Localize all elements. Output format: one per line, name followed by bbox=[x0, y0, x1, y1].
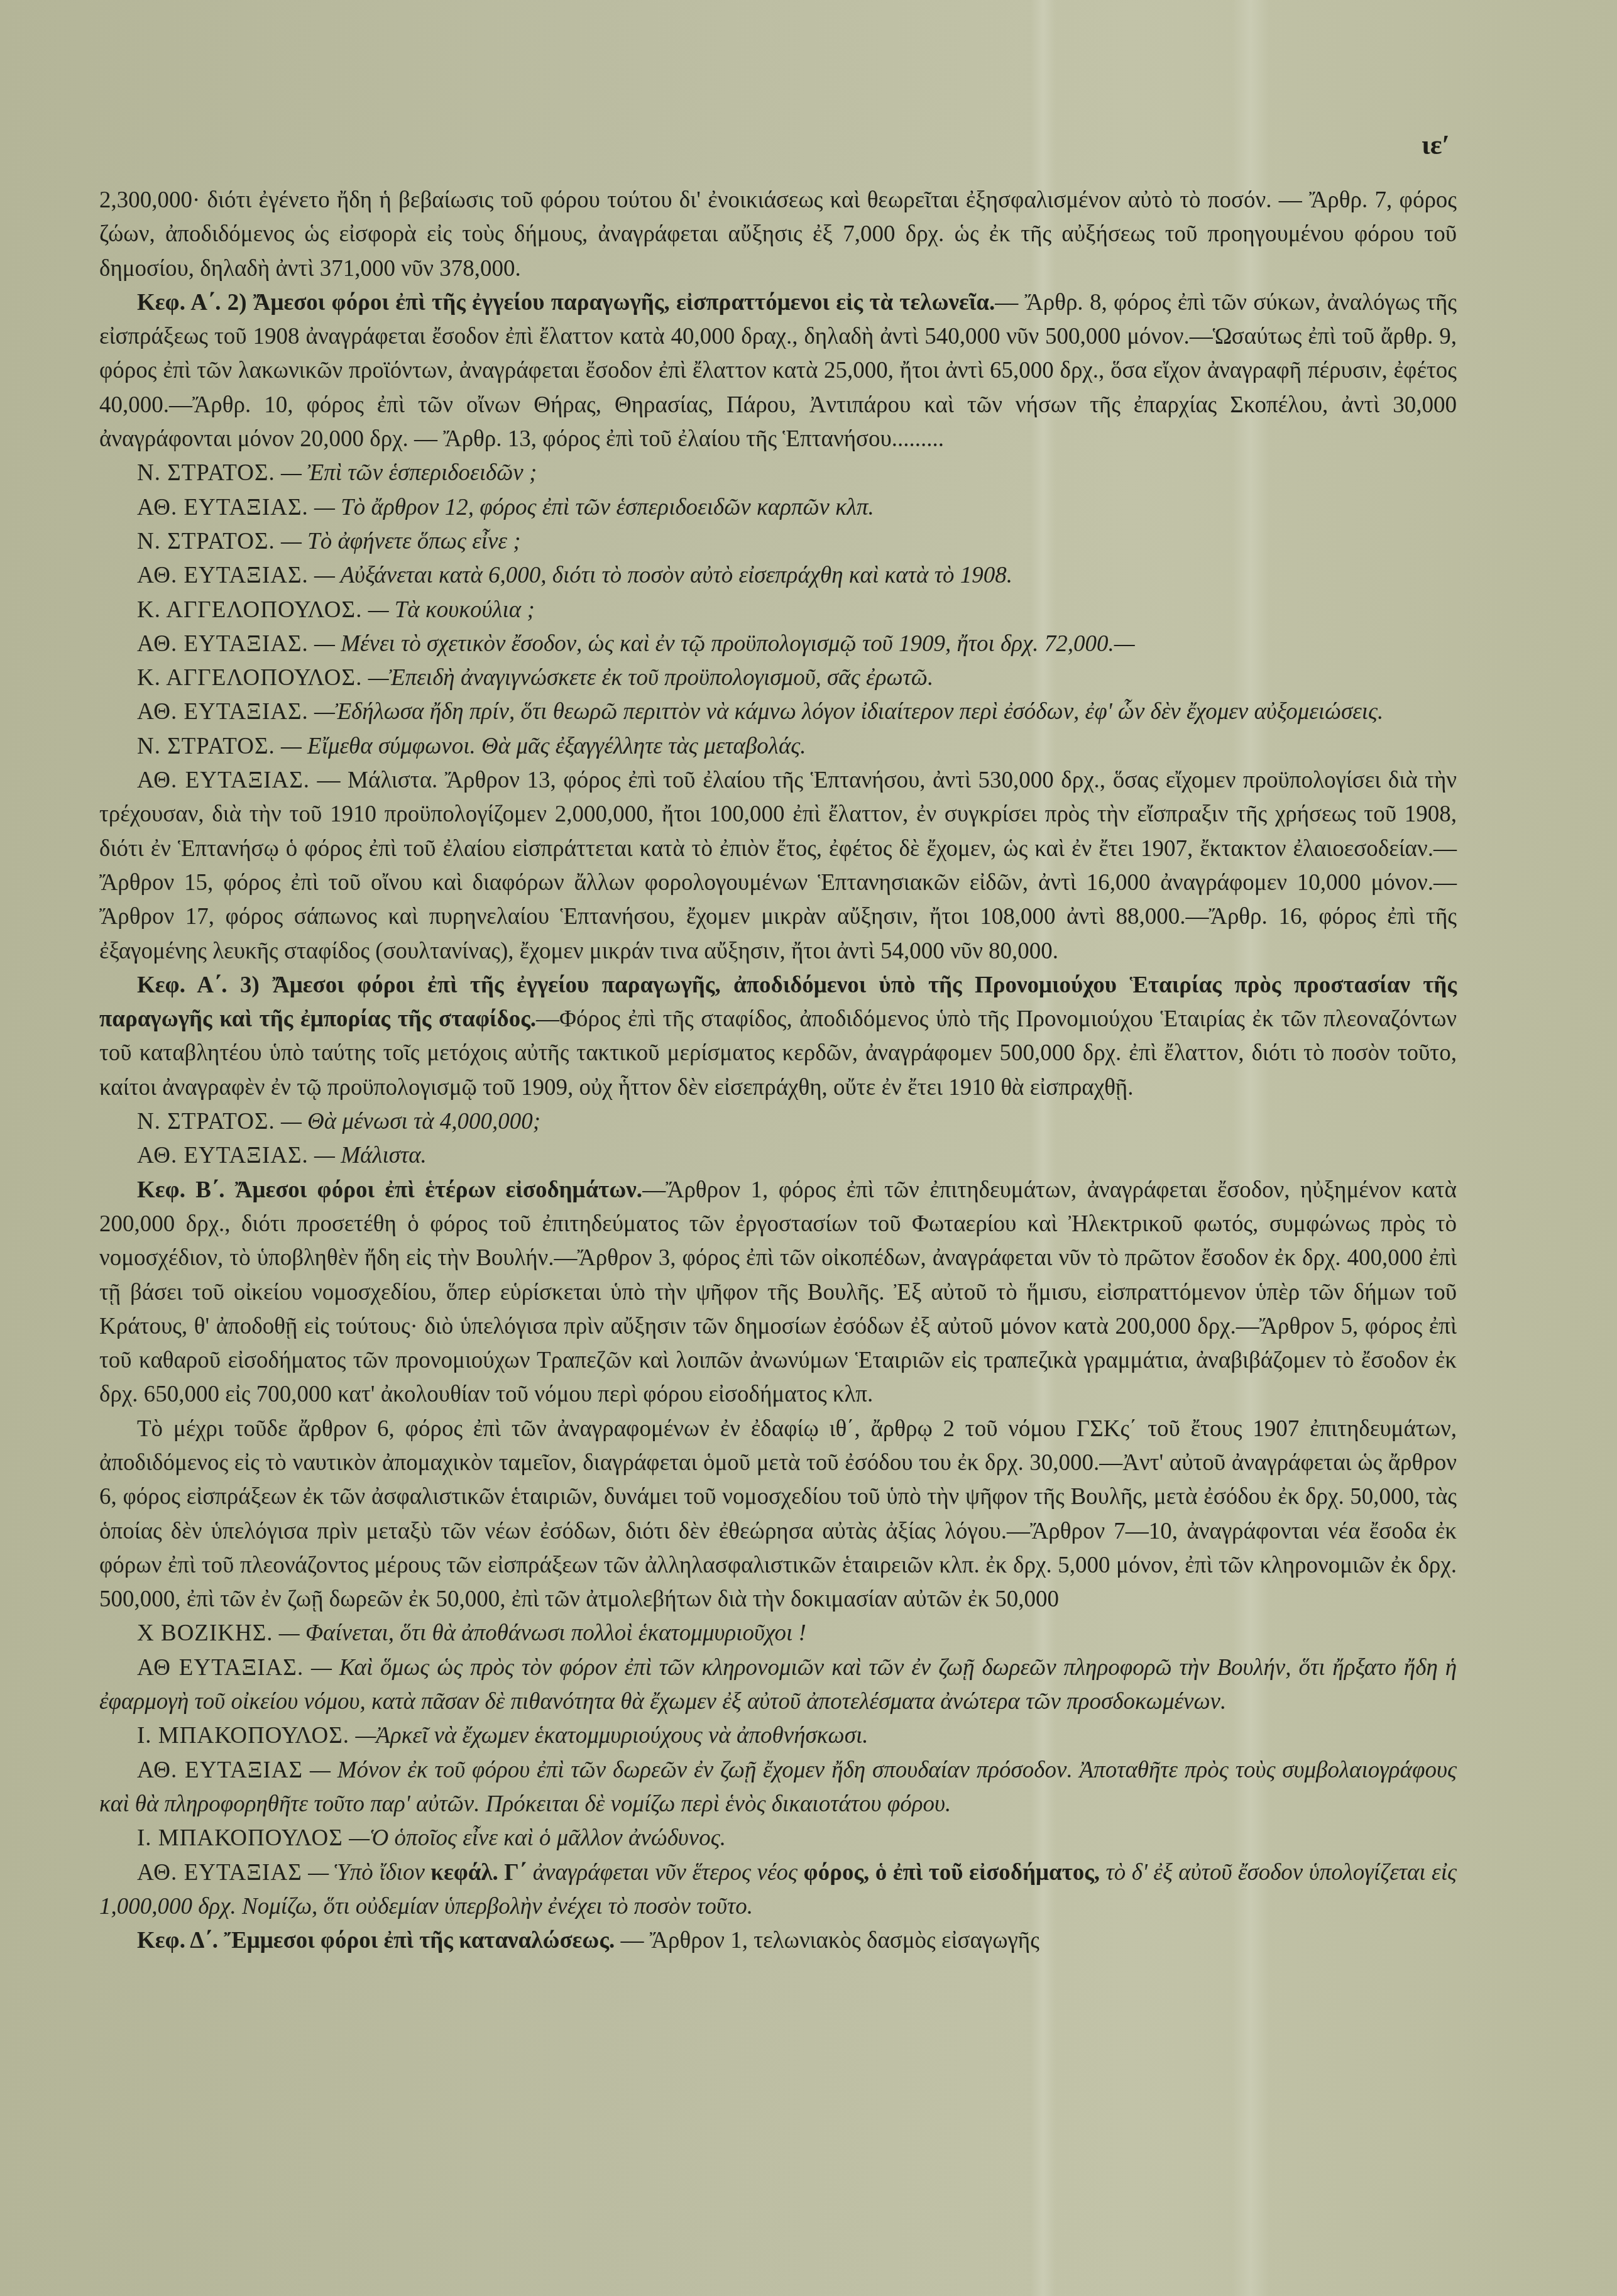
speech: Κ. ΑΓΓΕΛΟΠΟΥΛΟΣ. —Ἐπειδὴ ἀναγιγνώσκετε ἐ… bbox=[99, 661, 1457, 695]
scanned-page: ιε′ 2,300,000· διότι ἐγένετο ἤδη ἡ βεβαί… bbox=[0, 0, 1617, 2296]
speech: Ν. ΣΤΡΑΤΟΣ. — Θὰ μένωσι τὰ 4,000,000; bbox=[99, 1105, 1457, 1139]
speech-text: — Ὑπὸ ἴδιον bbox=[308, 1860, 430, 1886]
speech-text: — Μάλιστα. Ἄρθρον 13, φόρος ἐπὶ τοῦ ἐλαί… bbox=[99, 767, 1457, 964]
speech-text: — Τὸ ἀφήνετε ὅπως εἶνε ; bbox=[281, 529, 521, 554]
section-text: — Ἄρθρον 1, τελωνιακὸς δασμὸς εἰσαγωγῆς bbox=[615, 1928, 1039, 1953]
speaker-name: ΑΘ. ΕΥΤΑΞΙΑΣ. bbox=[137, 767, 310, 793]
speaker-name: Ι. ΜΠΑΚΟΠΟΥΛΟΣ. bbox=[137, 1723, 349, 1749]
speech-text: — Εἴμεθα σύμφωνοι. Θὰ μᾶς ἐξαγγέλλητε τὰ… bbox=[281, 733, 806, 759]
emphasis-text: κεφάλ. Γ΄ bbox=[430, 1860, 527, 1886]
speech-text: — Ἐπὶ τῶν ἑσπεριδοειδῶν ; bbox=[281, 460, 537, 486]
section-heading: Κεφ. Β΄. Ἄμεσοι φόροι ἐπὶ ἑτέρων εἰσοδημ… bbox=[137, 1177, 642, 1203]
section-paragraph: Κεφ. Α΄. 2) Ἄμεσοι φόροι ἐπὶ τῆς ἐγγείου… bbox=[99, 286, 1457, 456]
section-text: —Ἄρθρον 1, φόρος ἐπὶ τῶν ἐπιτηδευμάτων, … bbox=[99, 1177, 1457, 1408]
speech-text: — Μάλιστα. bbox=[314, 1143, 427, 1168]
speaker-name: ΑΘ. ΕΥΤΑΞΙΑΣ. bbox=[137, 495, 309, 520]
paragraph: 2,300,000· διότι ἐγένετο ἤδη ἡ βεβαίωσις… bbox=[99, 184, 1457, 286]
speech: Ν. ΣΤΡΑΤΟΣ. — Εἴμεθα σύμφωνοι. Θὰ μᾶς ἐξ… bbox=[99, 730, 1457, 764]
speech-text: —Ἀρκεῖ νὰ ἔχωμεν ἑκατομμυριούχους νὰ ἀπο… bbox=[355, 1723, 868, 1749]
paragraph-text: Τὸ μέχρι τοῦδε ἄρθρον 6, φόρος ἐπὶ τῶν ἀ… bbox=[99, 1416, 1457, 1612]
speech-text: — Τὰ κουκούλια ; bbox=[368, 597, 535, 623]
speaker-name: Κ. ΑΓΓΕΛΟΠΟΥΛΟΣ. bbox=[137, 597, 362, 623]
emphasis-text: φόρος, ὁ ἐπὶ τοῦ εἰσοδήματος, bbox=[804, 1860, 1100, 1886]
speech-text: — Μένει τὸ σχετικὸν ἔσοδον, ὡς καὶ ἐν τῷ… bbox=[314, 631, 1135, 657]
speaker-name: Ι. ΜΠΑΚΟΠΟΥΛΟΣ bbox=[137, 1825, 343, 1851]
speaker-name: Ν. ΣΤΡΑΤΟΣ. bbox=[137, 1109, 275, 1134]
speech: Ι. ΜΠΑΚΟΠΟΥΛΟΣ —Ὁ ὁποῖος εἶνε καὶ ὁ μᾶλλ… bbox=[99, 1821, 1457, 1855]
speaker-name: Ν. ΣΤΡΑΤΟΣ. bbox=[137, 529, 275, 554]
paragraph: Τὸ μέχρι τοῦδε ἄρθρον 6, φόρος ἐπὶ τῶν ἀ… bbox=[99, 1412, 1457, 1617]
speech-text: —Ἐδήλωσα ἤδη πρίν, ὅτι θεωρῶ περιττὸν νὰ… bbox=[314, 699, 1383, 725]
speech-text: — Φαίνεται, ὅτι θὰ ἀποθάνωσι πολλοὶ ἑκατ… bbox=[279, 1620, 806, 1646]
speaker-name: Κ. ΑΓΓΕΛΟΠΟΥΛΟΣ. bbox=[137, 665, 362, 691]
speech-text: — Αὐξάνεται κατὰ 6,000, διότι τὸ ποσὸν α… bbox=[314, 563, 1012, 588]
section-paragraph: Κεφ. Α΄. 3) Ἄμεσοι φόροι ἐπὶ τῆς ἐγγείου… bbox=[99, 969, 1457, 1105]
speech-text: —Ἐπειδὴ ἀναγιγνώσκετε ἐκ τοῦ προϋπολογισ… bbox=[368, 665, 934, 691]
speaker-name: Ν. ΣΤΡΑΤΟΣ. bbox=[137, 460, 275, 486]
speech: Ν. ΣΤΡΑΤΟΣ. — Τὸ ἀφήνετε ὅπως εἶνε ; bbox=[99, 525, 1457, 559]
speaker-name: ΑΘ. ΕΥΤΑΞΙΑΣ. bbox=[137, 1143, 309, 1168]
document-body: 2,300,000· διότι ἐγένετο ἤδη ἡ βεβαίωσις… bbox=[99, 184, 1457, 1958]
speech: Ν. ΣΤΡΑΤΟΣ. — Ἐπὶ τῶν ἑσπεριδοειδῶν ; bbox=[99, 456, 1457, 490]
speaker-name: ΑΘ. ΕΥΤΑΞΙΑΣ bbox=[137, 1860, 302, 1886]
speech-text: — Τὸ ἄρθρον 12, φόρος ἐπὶ τῶν ἑσπεριδοει… bbox=[314, 495, 874, 520]
speech: Ι. ΜΠΑΚΟΠΟΥΛΟΣ. —Ἀρκεῖ νὰ ἔχωμεν ἑκατομμ… bbox=[99, 1719, 1457, 1753]
speech: Κ. ΑΓΓΕΛΟΠΟΥΛΟΣ. — Τὰ κουκούλια ; bbox=[99, 593, 1457, 627]
speaker-name: ΑΘ. ΕΥΤΑΞΙΑΣ bbox=[137, 1757, 303, 1783]
section-paragraph: Κεφ. Δ΄. Ἔμμεσοι φόροι ἐπὶ τῆς καταναλώσ… bbox=[99, 1924, 1457, 1958]
speech: Χ ΒΟΖΙΚΗΣ. — Φαίνεται, ὅτι θὰ ἀποθάνωσι … bbox=[99, 1617, 1457, 1651]
section-heading: Κεφ. Α΄. 2) Ἄμεσοι φόροι ἐπὶ τῆς ἐγγείου… bbox=[137, 290, 995, 316]
speech: ΑΘ. ΕΥΤΑΞΙΑΣ — Μόνον ἐκ τοῦ φόρου ἐπὶ τῶ… bbox=[99, 1754, 1457, 1822]
speaker-name: ΑΘ. ΕΥΤΑΞΙΑΣ. bbox=[137, 631, 309, 657]
speech: ΑΘ. ΕΥΤΑΞΙΑΣ. — Μάλιστα. Ἄρθρον 13, φόρο… bbox=[99, 764, 1457, 969]
speech: ΑΘ. ΕΥΤΑΞΙΑΣ. — Μένει τὸ σχετικὸν ἔσοδον… bbox=[99, 627, 1457, 661]
page-number: ιε′ bbox=[1422, 129, 1450, 161]
speech-text: — Θὰ μένωσι τὰ 4,000,000; bbox=[281, 1109, 540, 1134]
section-heading: Κεφ. Δ΄. Ἔμμεσοι φόροι ἐπὶ τῆς καταναλώσ… bbox=[137, 1928, 615, 1953]
speaker-name: ΑΘ. ΕΥΤΑΞΙΑΣ. bbox=[137, 699, 309, 725]
speaker-name: Ν. ΣΤΡΑΤΟΣ. bbox=[137, 733, 275, 759]
speech: ΑΘ. ΕΥΤΑΞΙΑΣ — Ὑπὸ ἴδιον κεφάλ. Γ΄ ἀναγρ… bbox=[99, 1856, 1457, 1925]
speaker-name: Χ ΒΟΖΙΚΗΣ. bbox=[137, 1620, 273, 1646]
speech: ΑΘ ΕΥΤΑΞΙΑΣ. — Καὶ ὅμως ὡς πρὸς τὸν φόρο… bbox=[99, 1651, 1457, 1720]
speech: ΑΘ. ΕΥΤΑΞΙΑΣ. — Τὸ ἄρθρον 12, φόρος ἐπὶ … bbox=[99, 491, 1457, 525]
section-paragraph: Κεφ. Β΄. Ἄμεσοι φόροι ἐπὶ ἑτέρων εἰσοδημ… bbox=[99, 1173, 1457, 1412]
speech: ΑΘ. ΕΥΤΑΞΙΑΣ. —Ἐδήλωσα ἤδη πρίν, ὅτι θεω… bbox=[99, 695, 1457, 729]
speech: ΑΘ. ΕΥΤΑΞΙΑΣ. — Αὐξάνεται κατὰ 6,000, δι… bbox=[99, 559, 1457, 593]
paragraph-text: 2,300,000· διότι ἐγένετο ἤδη ἡ βεβαίωσις… bbox=[99, 187, 1457, 282]
speaker-name: ΑΘ. ΕΥΤΑΞΙΑΣ. bbox=[137, 563, 309, 588]
speech: ΑΘ. ΕΥΤΑΞΙΑΣ. — Μάλιστα. bbox=[99, 1139, 1457, 1173]
speech-text: — Μόνον ἐκ τοῦ φόρου ἐπὶ τῶν δωρεῶν ἐν ζ… bbox=[99, 1757, 1457, 1817]
speech-text: ἀναγράφεται νῦν ἕτερος νέος bbox=[527, 1860, 803, 1886]
speaker-name: ΑΘ ΕΥΤΑΞΙΑΣ. bbox=[137, 1655, 304, 1681]
speech-text: —Ὁ ὁποῖος εἶνε καὶ ὁ μᾶλλον ἀνώδυνος. bbox=[349, 1825, 726, 1851]
